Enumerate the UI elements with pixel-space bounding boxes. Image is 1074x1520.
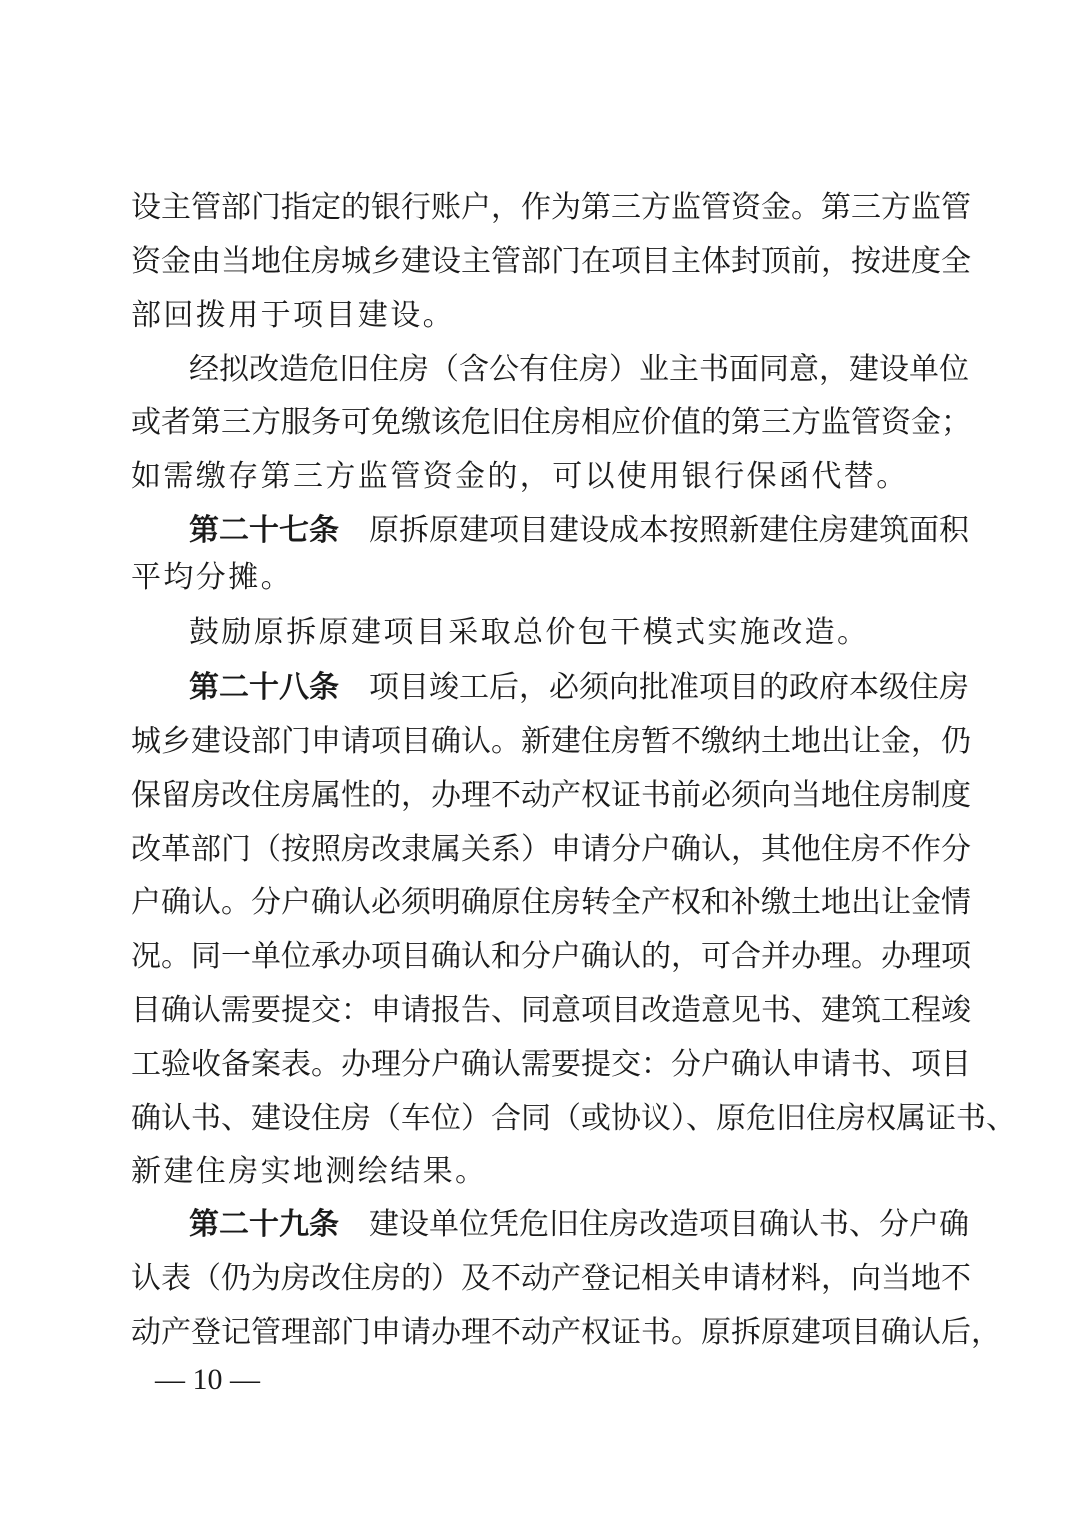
text-line: 部回拨用于项目建设。: [131, 296, 943, 336]
article-number: 第二十九条: [189, 1207, 339, 1242]
text-line: 工验收备案表。办理分户确认需要提交：分户确认申请书、项目: [131, 1045, 943, 1085]
text-line: 资金由当地住房城乡建设主管部门在项目主体封顶前，按进度全: [131, 242, 943, 282]
line-text: 资金由当地住房城乡建设主管部门在项目主体封顶前，按进度全: [131, 244, 971, 279]
article-paragraph-line: 第二十八条项目竣工后，必须向批准项目的政府本级住房: [189, 668, 943, 708]
text-line: 改革部门（按照房改隶属关系）申请分户确认，其他住房不作分: [131, 830, 943, 870]
line-text: 动产登记管理部门申请办理不动产权证书。原拆原建项目确认后，: [131, 1315, 1001, 1350]
line-text: 部回拨用于项目建设。: [131, 298, 455, 333]
line-text: 确认书、建设住房（车位）合同（或协议）、原危旧住房权属证书、: [131, 1101, 1016, 1136]
text-line: 况。同一单位承办项目确认和分户确认的，可合并办理。办理项: [131, 937, 943, 977]
text-line: 动产登记管理部门申请办理不动产权证书。原拆原建项目确认后，: [131, 1313, 943, 1353]
article-paragraph-line: 第二十九条建设单位凭危旧住房改造项目确认书、分户确: [189, 1205, 943, 1245]
line-text: 户确认。分户确认必须明确原住房转全产权和补缴土地出让金情: [131, 885, 971, 920]
page-number: — 10 —: [155, 1360, 260, 1400]
line-text: 或者第三方服务可免缴该危旧住房相应价值的第三方监管资金；: [131, 405, 971, 440]
line-text: 保留房改住房属性的，办理不动产权证书前必须向当地住房制度: [131, 778, 971, 813]
line-text: 工验收备案表。办理分户确认需要提交：分户确认申请书、项目: [131, 1047, 971, 1082]
text-line: 保留房改住房属性的，办理不动产权证书前必须向当地住房制度: [131, 776, 943, 816]
article-number: 第二十八条: [189, 670, 339, 705]
line-text: 设主管部门指定的银行账户，作为第三方监管资金。第三方监管: [131, 190, 971, 225]
article-number: 第二十七条: [189, 513, 339, 548]
line-text: 原拆原建项目建设成本按照新建住房建筑面积: [369, 513, 969, 548]
line-text: 改革部门（按照房改隶属关系）申请分户确认，其他住房不作分: [131, 832, 971, 867]
line-text: 项目竣工后，必须向批准项目的政府本级住房: [369, 670, 969, 705]
text-line: 认表（仍为房改住房的）及不动产登记相关申请材料，向当地不: [131, 1259, 943, 1299]
text-line: 新建住房实地测绘结果。: [131, 1152, 943, 1192]
text-line: 确认书、建设住房（车位）合同（或协议）、原危旧住房权属证书、: [131, 1099, 943, 1139]
text-line: 如需缴存第三方监管资金的，可以使用银行保函代替。: [131, 457, 943, 497]
line-text: 鼓励原拆原建项目采取总价包干模式实施改造。: [189, 615, 869, 650]
text-line: 平均分摊。: [131, 558, 943, 598]
text-line: 或者第三方服务可免缴该危旧住房相应价值的第三方监管资金；: [131, 403, 943, 443]
text-line: 目确认需要提交：申请报告、同意项目改造意见书、建筑工程竣: [131, 991, 943, 1031]
line-text: 经拟改造危旧住房（含公有住房）业主书面同意，建设单位: [189, 352, 969, 387]
line-text: 认表（仍为房改住房的）及不动产登记相关申请材料，向当地不: [131, 1261, 971, 1296]
text-line: 设主管部门指定的银行账户，作为第三方监管资金。第三方监管: [131, 188, 943, 228]
text-line: 户确认。分户确认必须明确原住房转全产权和补缴土地出让金情: [131, 883, 943, 923]
text-line: 经拟改造危旧住房（含公有住房）业主书面同意，建设单位: [189, 350, 943, 390]
text-line: 城乡建设部门申请项目确认。新建住房暂不缴纳土地出让金，仍: [131, 722, 943, 762]
line-text: 目确认需要提交：申请报告、同意项目改造意见书、建筑工程竣: [131, 993, 971, 1028]
line-text: 如需缴存第三方监管资金的，可以使用银行保函代替。: [131, 459, 909, 494]
line-text: 况。同一单位承办项目确认和分户确认的，可合并办理。办理项: [131, 939, 971, 974]
line-text: 平均分摊。: [131, 560, 293, 595]
article-paragraph-line: 第二十七条原拆原建项目建设成本按照新建住房建筑面积: [189, 511, 943, 551]
line-text: 新建住房实地测绘结果。: [131, 1154, 487, 1189]
text-line: 鼓励原拆原建项目采取总价包干模式实施改造。: [189, 613, 943, 653]
line-text: 城乡建设部门申请项目确认。新建住房暂不缴纳土地出让金，仍: [131, 724, 971, 759]
line-text: 建设单位凭危旧住房改造项目确认书、分户确: [369, 1207, 969, 1242]
document-page: 设主管部门指定的银行账户，作为第三方监管资金。第三方监管资金由当地住房城乡建设主…: [0, 0, 1074, 1520]
